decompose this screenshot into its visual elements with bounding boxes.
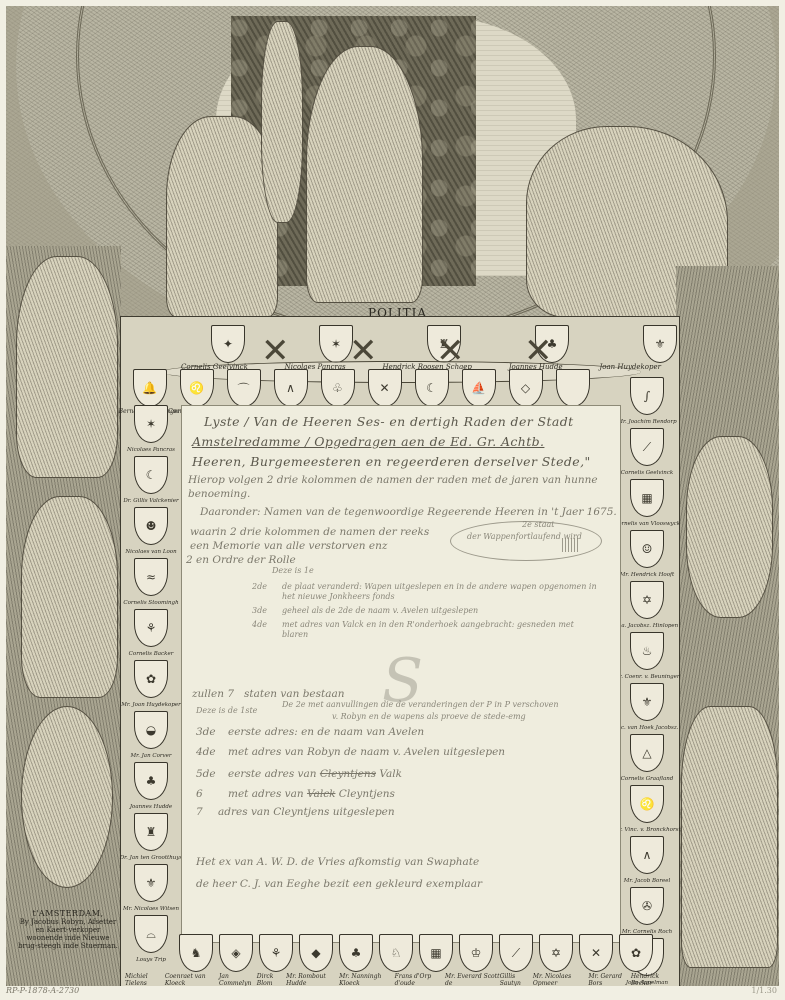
lion-shield-icon: ♌ — [630, 785, 664, 823]
wheel-shield-icon: ✇ — [630, 887, 664, 925]
heading-line: Amstelredamme / Opgedragen aen de Ed. Gr… — [192, 434, 544, 449]
coat-of-arms-shield: ♞ — [179, 934, 213, 972]
left-column-shields: ✶Nicolaes Pancras ☾Dr. Gillis Valckenier… — [127, 405, 175, 963]
heading-line: Lyste / Van de Heeren Ses- en dertigh Ra… — [204, 414, 574, 429]
coat-of-arms-frame: ✦ ✶ ♜ ♣ ⚜ ✕ ✕ ✕ ✕ Cornelis Geelvinck Nic… — [120, 316, 680, 986]
heading-line: Daaronder: Namen van de tegenwoordige Re… — [200, 506, 617, 518]
later-state-label: 6 — [196, 788, 203, 800]
later-state-text: met adres van Robyn de naam v. Avelen ui… — [228, 746, 505, 758]
state-label: Deze is 1e — [272, 566, 314, 575]
coat-of-arms-shield: ♔ — [459, 934, 493, 972]
bend-lilies-shield-icon: ⚜ — [630, 683, 664, 721]
chevron-shield-icon: ♧ — [321, 369, 355, 407]
note-line: 2 en Ordre der Rolle — [186, 554, 296, 566]
ship-staff — [261, 21, 303, 223]
note-line: een Memorie van alle verstorven enz — [190, 540, 387, 552]
bottom-row-shields: ♞ ◈ ⚘ ◆ ♣ ♘ ▦ ♔ ⟋ ✡ ✕ ✿ — [179, 934, 653, 972]
saltire-shield-icon: ✕ — [368, 369, 402, 407]
later-state-label: 7 — [196, 806, 203, 818]
coat-of-arms-shield: ⟋ — [499, 934, 533, 972]
inventory-number: RP-P-1878-A-2730 — [6, 986, 79, 995]
shells-shield-icon: ◒ — [134, 711, 168, 749]
heading-line: benoeming. — [188, 488, 250, 500]
later-state-label: Deze is de 1ste — [196, 706, 257, 715]
defeated-figure — [681, 706, 778, 968]
chevron-shield-icon: ∧ — [274, 369, 308, 407]
coat-of-arms-shield: ✿ — [619, 934, 653, 972]
quartered-shield-icon: ✶ — [134, 405, 168, 443]
later-state-label: zullen 7 — [192, 688, 234, 700]
fleur-shield-icon: ♣ — [134, 762, 168, 800]
ribbon-name: Joan Huydekoper — [599, 363, 661, 371]
later-state-text: staten van bestaan — [244, 688, 345, 700]
state-label: 2de — [252, 582, 267, 591]
bubble-note: 2e staat — [522, 520, 554, 529]
note-line: waarin 2 drie kolommen de namen der reek… — [190, 526, 429, 538]
ship-shield-icon: ⛵ — [462, 369, 496, 407]
top-banner: ✦ ✶ ♜ ♣ ⚜ ✕ ✕ ✕ ✕ Cornelis Geelvinck Nic… — [131, 325, 666, 373]
bend-shield-icon: ⟋ — [630, 428, 664, 466]
later-state-text: eerste adres: en de naam van Avelen — [228, 726, 424, 738]
putto-figure — [686, 436, 773, 618]
coat-of-arms-shield: ▦ — [419, 934, 453, 972]
bottom-row-names: Michiel Tielens Coenraet van Kloeck Jan … — [125, 973, 675, 986]
right-allegorical-figures — [676, 266, 779, 986]
bell-shield-icon: 🔔 — [133, 369, 167, 407]
bubble-note: der Wappenfortlaufend wird — [467, 532, 582, 541]
abundance-figure — [21, 496, 118, 698]
later-state-text: De 2e met aanvullingen die de veranderin… — [282, 700, 559, 709]
flower-shield-icon: ✿ — [134, 660, 168, 698]
later-state-text: met adres van Valck Cleyntjens — [228, 788, 395, 800]
later-state-text: v. Robyn en de wapens als proeve de sted… — [332, 712, 526, 721]
state-text: met adres van Valck en in den R'onderhoe… — [282, 620, 602, 640]
state-text: geheel als de 2de de naam v. Avelen uitg… — [282, 606, 478, 615]
dog-shield-icon: ⌒ — [227, 369, 261, 407]
castle-shield-icon: ♜ — [134, 813, 168, 851]
coat-of-arms-shield: ✡ — [539, 934, 573, 972]
fish-shield-icon: ∫ — [630, 377, 664, 415]
heading-line: Hierop volgen 2 drie kolommen de namen d… — [188, 474, 598, 486]
head-shield-icon: ☺ — [630, 530, 664, 568]
blank-shield-icon — [556, 369, 590, 407]
footer-note: Het ex van A. W. D. de Vries afkomstig v… — [196, 856, 479, 868]
flames-shield-icon: ♨ — [630, 632, 664, 670]
left-allegorical-figures — [6, 246, 121, 986]
coat-of-arms-shield: ♣ — [339, 934, 373, 972]
quartered-shield-icon: ▦ — [630, 479, 664, 517]
politia-figure — [306, 46, 423, 303]
publisher-imprint: t'AMSTERDAM, By Jacobus Robyn, Afsetter … — [18, 910, 118, 950]
imprint-city: t'AMSTERDAM, — [18, 910, 118, 918]
coat-of-arms-shield: ◈ — [219, 934, 253, 972]
engraving-sheet: POLITIA ✦ ✶ ♜ ♣ ⚜ ✕ ✕ ✕ ✕ Cornelis Geelv… — [6, 6, 779, 986]
coat-of-arms-shield: ✕ — [579, 934, 613, 972]
coat-of-arms-shield: ⚘ — [259, 934, 293, 972]
state-label: 3de — [252, 606, 267, 615]
later-state-text: eerste adres van Cleyntjens Valk — [228, 768, 402, 780]
crescent-shield-icon: ☾ — [134, 456, 168, 494]
putti-figures — [21, 706, 113, 888]
triangles-shield-icon: △ — [630, 734, 664, 772]
state-label: 4de — [252, 620, 267, 629]
later-state-label: 4de — [196, 746, 216, 758]
later-state-label: 5de — [196, 768, 216, 780]
lozenge-shield-icon: ◇ — [509, 369, 543, 407]
coat-of-arms-shield: ♘ — [379, 934, 413, 972]
right-column-shields: ∫Mr. Joachim Rendorp ⟋Cornelis Geelvinck… — [621, 377, 673, 986]
boats-shield-icon: ⌓ — [134, 915, 168, 953]
branch-shield-icon: ⚘ — [134, 609, 168, 647]
coat-of-arms-shield: ✦ — [211, 325, 245, 363]
later-state-text: adres van Cleyntjens uitgeslepen — [218, 806, 395, 818]
heading-line: Heeren, Burgemeesteren en regeerderen de… — [192, 454, 591, 469]
lion-shield-icon: ♌ — [180, 369, 214, 407]
manuscript-sheet: Lyste / Van de Heeren Ses- en dertigh Ra… — [181, 405, 621, 943]
inventory-mark: 1/1.30 — [751, 986, 777, 995]
coat-of-arms-shield: ◆ — [299, 934, 333, 972]
imprint-text: By Jacobus Robyn, Afsetter en Kaert-verk… — [18, 918, 118, 950]
heads-shield-icon: ☻ — [134, 507, 168, 545]
coat-of-arms-shield: ✶ — [319, 325, 353, 363]
footer-note: de heer C. J. van Eeghe bezit een gekleu… — [196, 878, 482, 890]
crescent-shield-icon: ☾ — [415, 369, 449, 407]
chevron-shield-icon: ∧ — [630, 836, 664, 874]
star-moon-shield-icon: ✡ — [630, 581, 664, 619]
horns-shield-icon: ≈ — [134, 558, 168, 596]
coat-of-arms-shield: ⚜ — [643, 325, 677, 363]
fleur-de-lis-shield-icon: ⚜ — [134, 864, 168, 902]
river-god-figure — [16, 256, 118, 478]
state-text: de plaat veranderd: Wapen uitgeslepen en… — [282, 582, 602, 602]
later-state-label: 3de — [196, 726, 216, 738]
